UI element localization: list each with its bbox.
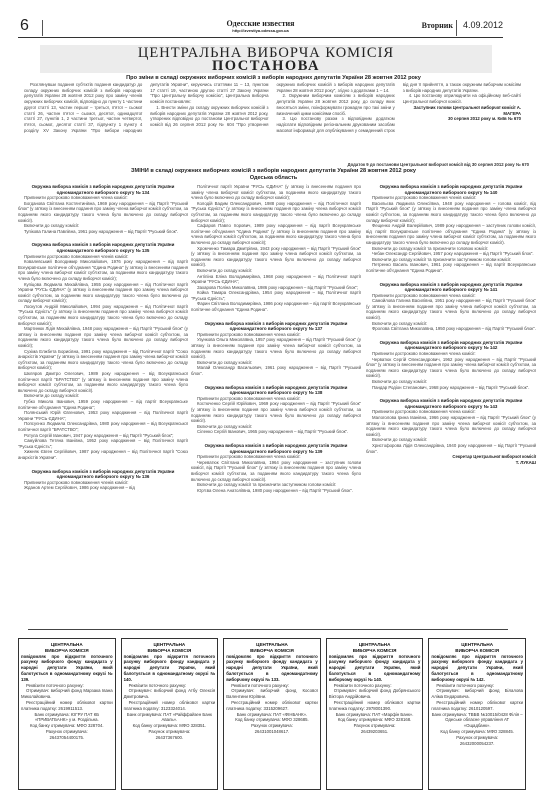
section-heading: Окружна виборча комісія з виборів народн…	[366, 340, 536, 351]
paragraph: Малоголова Ірина Іванівна, 1966 року нар…	[366, 415, 536, 437]
notice-line: Код банку отримувача: МФО 328845.	[431, 729, 523, 735]
notice-line: 26437367600.	[124, 735, 216, 741]
resolution-heading: Про зміни в складі окружних виборчих ком…	[0, 75, 547, 81]
article-column-2: Політичної партії України "РУСЬ ЄДИНА" (…	[191, 184, 361, 629]
paragraph: Включити до складу комісії та призначити…	[191, 482, 361, 488]
notice-text: повідомляє про відкриття поточного рахун…	[329, 654, 421, 683]
resolution-body: Розглянувши подання суб'єктів подання ка…	[24, 82, 521, 133]
notice-box: ЦЕНТРАЛЬНА ВИБОРЧА КОМІСІЯ повідомляє пр…	[326, 638, 424, 790]
paragraph: Сафаров Павло Ігорович, 1989 року народж…	[191, 223, 361, 245]
region-heading: Одеська область	[0, 175, 547, 181]
paragraph: Попсуєнко Людмила Олександрівна, 1980 ро…	[18, 421, 188, 432]
notice-line: Банк отримувача: ЮГРУ ПАТ КБ «ПРИВАТБАНК…	[21, 712, 113, 724]
section-heading: Окружна виборча комісія з виборів народн…	[18, 184, 188, 195]
section-heading: Окружна виборча комісія з виборів народн…	[366, 398, 536, 409]
section-heading: Окружна виборча комісія з виборів народн…	[366, 282, 536, 293]
paragraph: Жданов Артем Сергійович, 1986 року народ…	[18, 485, 188, 491]
notice-line: Реєстраційний номер облікової картки пла…	[226, 700, 318, 712]
page-title-band: ЦЕНТРАЛЬНА ВИБОРЧА КОМІСІЯ ПОСТАНОВА	[40, 45, 492, 73]
notice-text: повідомляє про відкриття поточного рахун…	[431, 654, 523, 683]
paragraph: Тупікова Галина Павлівна, 1961 року наро…	[18, 229, 188, 235]
appendix-reference: Додаток 9 до постанови Центральної вибор…	[347, 162, 529, 167]
signature: Заступник голови Центральної виборчої ко…	[403, 105, 521, 116]
notice-box: ЦЕНТРАЛЬНА ВИБОРЧА КОМІСІЯ повідомляє пр…	[428, 638, 526, 790]
paragraph: Сухіма Елжбета Борисівна, 1991 року наро…	[18, 349, 188, 371]
notice-line: Отримувач: виборчий фонд Марзака Івана М…	[21, 688, 113, 700]
notice-line: 26439203651.	[329, 729, 421, 735]
paragraph: Губко Микола Іванович, 1959 року народже…	[18, 399, 188, 410]
paragraph: Самойлова Галина Василівна, 1951 року на…	[366, 298, 536, 320]
signature-name: Т. ЛУКАШ	[366, 460, 536, 466]
paragraph: Черватюк Сергій Олександрович, 1962 року…	[366, 357, 536, 379]
notice-line: Банк отримувача: ПАТ «Райффайзен Банк Ав…	[124, 712, 216, 724]
appendix-title: ЗМІНИ в складі окружних виборчих комісій…	[0, 168, 547, 174]
notice-text: повідомляє про відкриття поточного рахун…	[124, 654, 216, 683]
section-heading: Окружна виборча комісія з виборів народн…	[191, 385, 361, 396]
paragraph: Колодій Вадим Олександрович, 1988 року н…	[191, 201, 361, 223]
weekday: Вторник	[422, 21, 453, 30]
notice-line: Реєстраційний номер облікової картки пла…	[21, 700, 113, 712]
notice-line: 26437054400175.	[21, 735, 113, 741]
paragraph: Антіпіна Еліна Володимирівна, 1968 року …	[191, 274, 361, 285]
paragraph: Юр'єва Олена Анатоліївна, 1980 року наро…	[191, 488, 361, 494]
notice-line: Реєстраційний номер облікової картки пла…	[329, 700, 421, 712]
notice-line: 26431001048617.	[226, 729, 318, 735]
notice-line: Банк отримувача: ТВБВ №10015/0428 Філія …	[431, 712, 523, 729]
divider	[456, 20, 457, 36]
paragraph: Христофорова Лідія Олександрівна, 1940 р…	[366, 443, 536, 454]
notice-box: ЦЕНТРАЛЬНА ВИБОРЧА КОМІСІЯ повідомляє пр…	[223, 638, 321, 790]
article-column-3: Окружна виборча комісія з виборів народн…	[366, 184, 536, 624]
paragraph: Політичної партії України "РУСЬ ЄДИНА" (…	[191, 184, 361, 201]
notice-text: повідомляє про відкриття поточного рахун…	[226, 654, 318, 683]
paragraph: Череватюк Світлана Миколаївна, 1964 року…	[191, 460, 361, 482]
paragraph: 4. Цю постанову оприлюднити на офіційном…	[403, 93, 521, 104]
article-column-1: Окружна виборча комісія з виборів народн…	[18, 184, 188, 620]
paragraph: Полянський Юрій Євгенович, 1953 року нар…	[18, 410, 188, 421]
signature-date: 30 серпня 2012 року м. Київ № 670	[403, 116, 521, 122]
paragraph: Самуйлова Тетяна Іванівна, 1952 року нар…	[18, 438, 188, 449]
notice-text: повідомляє про відкриття поточного рахун…	[21, 654, 113, 683]
paragraph: Фролова Світлана Миколаївна, 1950 року н…	[366, 326, 536, 332]
notice-line: 26432000054237.	[431, 741, 523, 747]
notice-line: Реєстраційний номер облікової картки пла…	[431, 700, 523, 712]
paragraph: Купіцова Людмила Михайлівна, 1955 року н…	[18, 282, 188, 304]
paragraph: Мартинюк Лідія Михайлівна, 1948 року нар…	[18, 326, 188, 348]
paragraph: Фарин Світлана Володимирівна, 1986 року …	[191, 301, 361, 312]
notice-line: Отримувач: виборчий фонд Білалова Аліма …	[431, 688, 523, 700]
section-heading: Окружна виборча комісія з виборів народн…	[18, 469, 188, 480]
notice-line: Отримувач: виборчий фонд Добрянського Ві…	[329, 688, 421, 700]
section-heading: Окружна виборча комісія з виборів народн…	[191, 443, 361, 454]
notice-line: Отримувач: виборчий фонд Атбу Олексія Дм…	[124, 688, 216, 700]
paragraph: 2. Окружним виборчим комісіям з виборів …	[277, 93, 395, 116]
paragraph: Чебан Олександр Сергійович, 1957 року на…	[366, 251, 536, 257]
paragraph: Костюченко Сергій Юрійович, 1969 року на…	[191, 401, 361, 423]
paragraph: Фещенко Андрій Валерійович, 1989 року на…	[366, 223, 536, 245]
notice-boxes: ЦЕНТРАЛЬНА ВИБОРЧА КОМІСІЯ повідомляє пр…	[18, 638, 526, 796]
paragraph: Хромченко Тамара Дмитрівна, 1943 року на…	[191, 246, 361, 268]
notice-box: ЦЕНТРАЛЬНА ВИБОРЧА КОМІСІЯ повідомляє пр…	[18, 638, 116, 790]
paragraph: Узункова Ольга Миколаївна, 1957 року нар…	[191, 337, 361, 359]
issue-date: 4.09.2012	[463, 20, 503, 30]
masthead: 6 Одесские известия http://izvestiya.ode…	[18, 20, 503, 38]
notice-box: ЦЕНТРАЛЬНА ВИБОРЧА КОМІСІЯ повідомляє пр…	[121, 638, 219, 790]
section-heading: Окружна виборча комісія з виборів народн…	[191, 321, 361, 332]
paragraph: Пандар Родіон Степанович, 1968 року наро…	[366, 385, 536, 391]
paragraph: Богданова Світлана Костянтинівна, 1969 р…	[18, 201, 188, 223]
paragraph: Ковалевський Володимир Миколайович, 1976…	[18, 259, 188, 281]
paragraph: Койка Тамара Олександрівна, 1954 року на…	[191, 290, 361, 301]
notice-line: Отримувач: виборчий фонд Косової Валенти…	[226, 688, 318, 700]
paragraph: Лоскутов Андрій Миколайович, 1994 року н…	[18, 304, 188, 326]
section-heading: Окружна виборча комісія з виборів народн…	[18, 242, 188, 253]
page-subtitle-postanova: ПОСТАНОВА	[40, 60, 492, 73]
paragraph: Васильєва Людмила Олексіївна, 1948 року …	[366, 201, 536, 223]
notice-line: Реєстраційний номер облікової картки пла…	[124, 700, 216, 712]
paragraph: Шкляров Дмитро Олегович, 1989 року народ…	[18, 371, 188, 393]
divider	[28, 629, 508, 630]
paragraph: Сіленко Сергій Іванович, 1965 року народ…	[191, 429, 361, 435]
paragraph: Петренко Василь Іванович, 1961 року наро…	[366, 262, 536, 273]
section-heading: Окружна виборча комісія з виборів народн…	[366, 184, 536, 195]
paragraph: Хижняк Євген Сергійович, 1987 року народ…	[18, 449, 188, 460]
paragraph: Малай Олександр Васильович, 1961 року на…	[191, 365, 361, 376]
